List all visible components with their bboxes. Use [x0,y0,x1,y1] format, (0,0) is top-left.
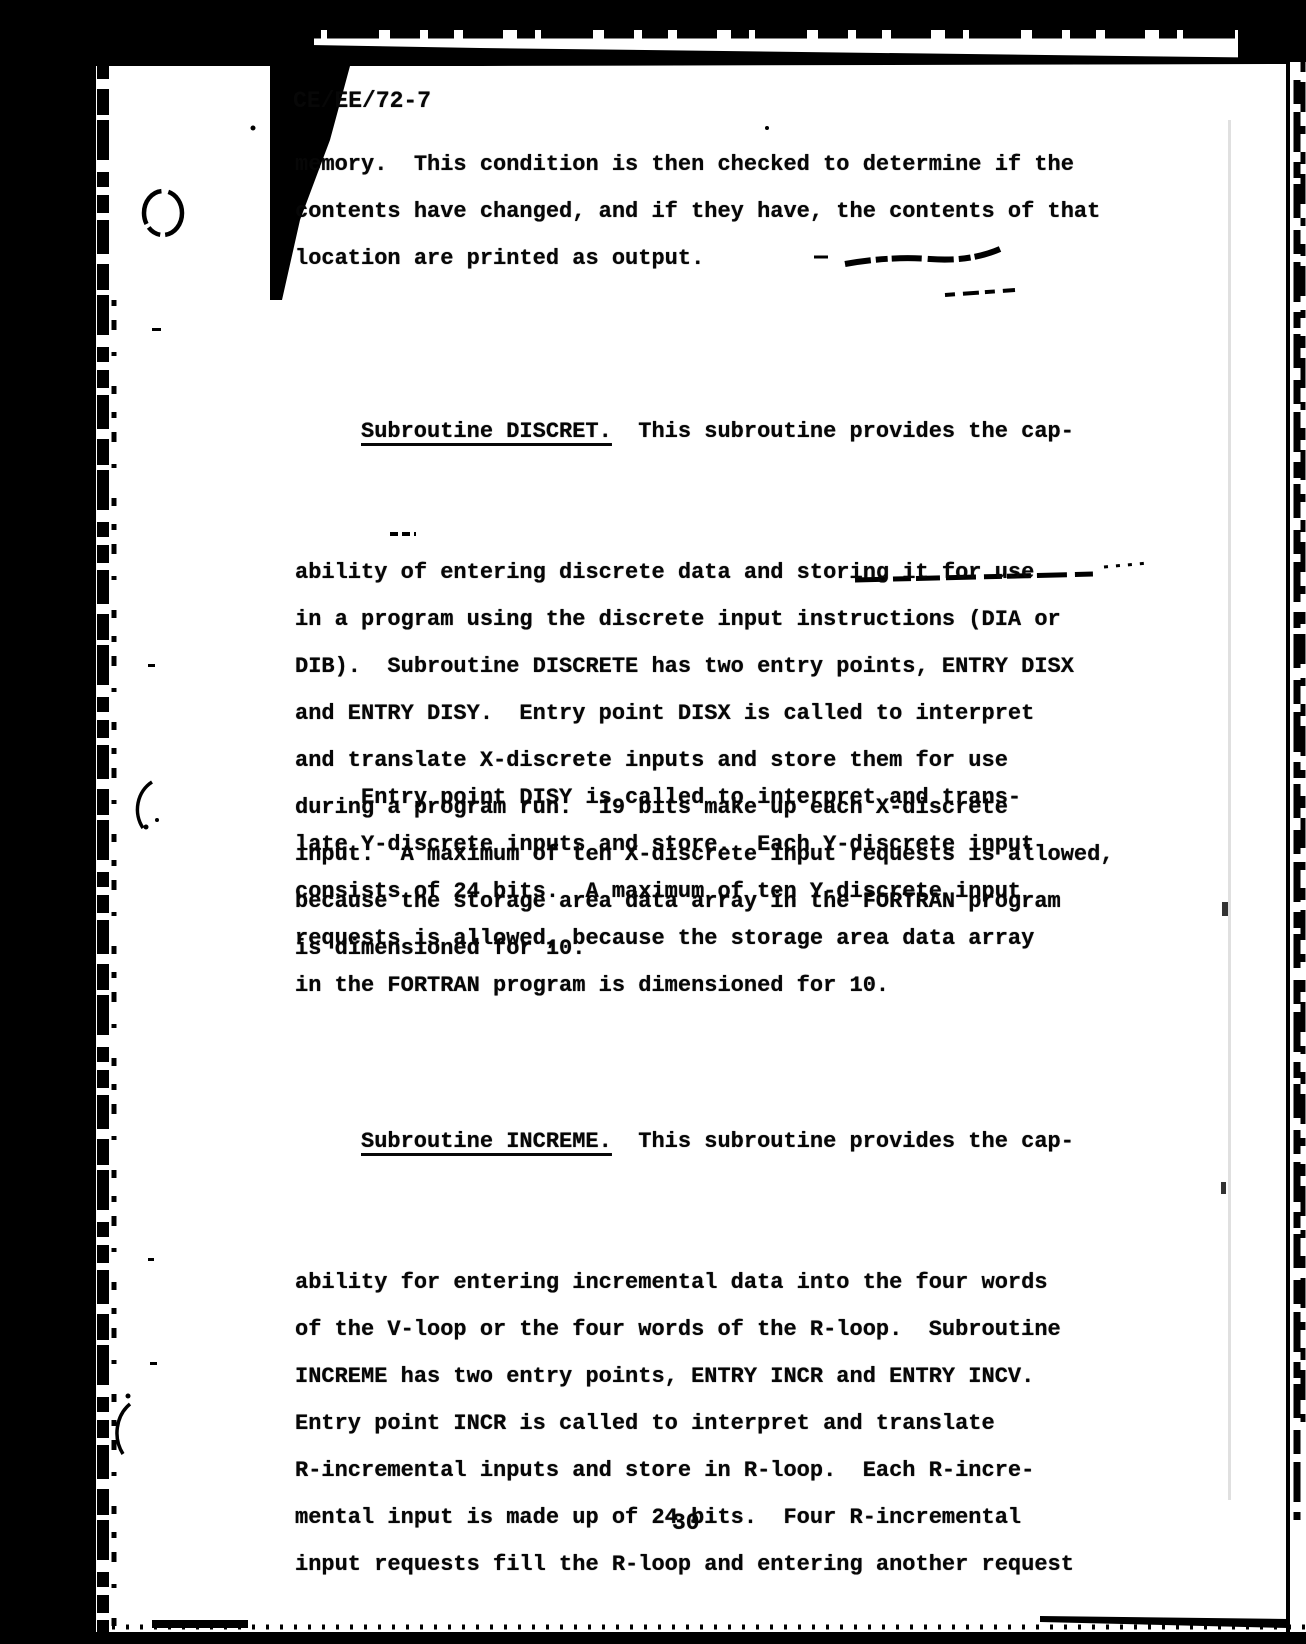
top-scan-bar [138,42,1288,66]
text-line: INCREME has two entry points, ENTRY INCR… [295,1353,1074,1400]
margin-tick-1 [152,328,161,331]
text-line: contents have changed, and if they have,… [295,188,1100,235]
margin-dot-3 [126,1394,131,1399]
smudge-small [945,290,1015,295]
text-line: in the FORTRAN program is dimensioned fo… [295,962,1034,1009]
text-line: Entry point DISY is called to interpret … [295,774,1034,821]
text-line: ability of entering discrete data and st… [295,549,1114,596]
text-line: Subroutine INCREME. This subroutine prov… [295,1118,1074,1165]
text-line: in a program using the discrete input in… [295,596,1114,643]
top-left-corner-block [0,0,314,66]
text-line: DIB). Subroutine DISCRETE has two entry … [295,643,1114,690]
subroutine-increme-heading: Subroutine INCREME. [361,1129,612,1154]
bottom-left-mark [152,1620,248,1628]
text-line: Subroutine DISCRET. This subroutine prov… [295,408,1114,455]
stray-dot-1 [251,126,256,131]
margin-dot-2 [155,818,159,822]
bottom-right-line [1040,1616,1288,1628]
text-line: ability for entering incremental data in… [295,1259,1074,1306]
top-scan-band [0,0,1306,30]
top-right-corner-block [1238,0,1306,62]
paragraph-memory: memory. This condition is then checked t… [295,141,1100,282]
text-line: late Y-discrete inputs and store. Each Y… [295,821,1034,868]
heading-tail: This subroutine provides the cap- [612,419,1074,444]
right-margin-faint-strip [1228,120,1231,1500]
document-id-header: CE/EE/72-7 [293,78,431,125]
subroutine-discret-heading: Subroutine DISCRET. [361,419,612,444]
text-line: input requests fill the R-loop and enter… [295,1541,1074,1588]
text-line: R-incremental inputs and store in R-loop… [295,1447,1074,1494]
top-scan-bar-dashes [700,61,1288,63]
paragraph-entry-point-disy: Entry point DISY is called to interpret … [295,774,1034,1009]
stray-dot-2 [765,126,769,130]
text-line: of the V-loop or the four words of the R… [295,1306,1074,1353]
right-margin-mark-2 [1221,1182,1226,1194]
text-line: consists of 24 bits. A maximum of ten Y-… [295,868,1034,915]
heading-tail: This subroutine provides the cap- [612,1129,1074,1154]
left-scan-band [0,0,96,1644]
page-number: 30 [672,1500,700,1547]
margin-paren-1 [137,782,152,828]
text-line: and ENTRY DISY. Entry point DISX is call… [295,690,1114,737]
text-line: memory. This condition is then checked t… [295,141,1100,188]
margin-paren-2 [117,1404,130,1454]
margin-tick-4 [150,1362,157,1365]
margin-dot-1 [144,825,149,830]
right-margin-mark-1 [1222,902,1228,916]
hole-punch-icon [144,191,182,235]
text-line: location are printed as output. [295,235,1100,282]
margin-tick-3 [148,1258,154,1261]
text-line: requests is allowed, because the storage… [295,915,1034,962]
right-border-line [1286,58,1290,1644]
margin-tick-2 [148,664,155,667]
text-line: Entry point INCR is called to interpret … [295,1400,1074,1447]
